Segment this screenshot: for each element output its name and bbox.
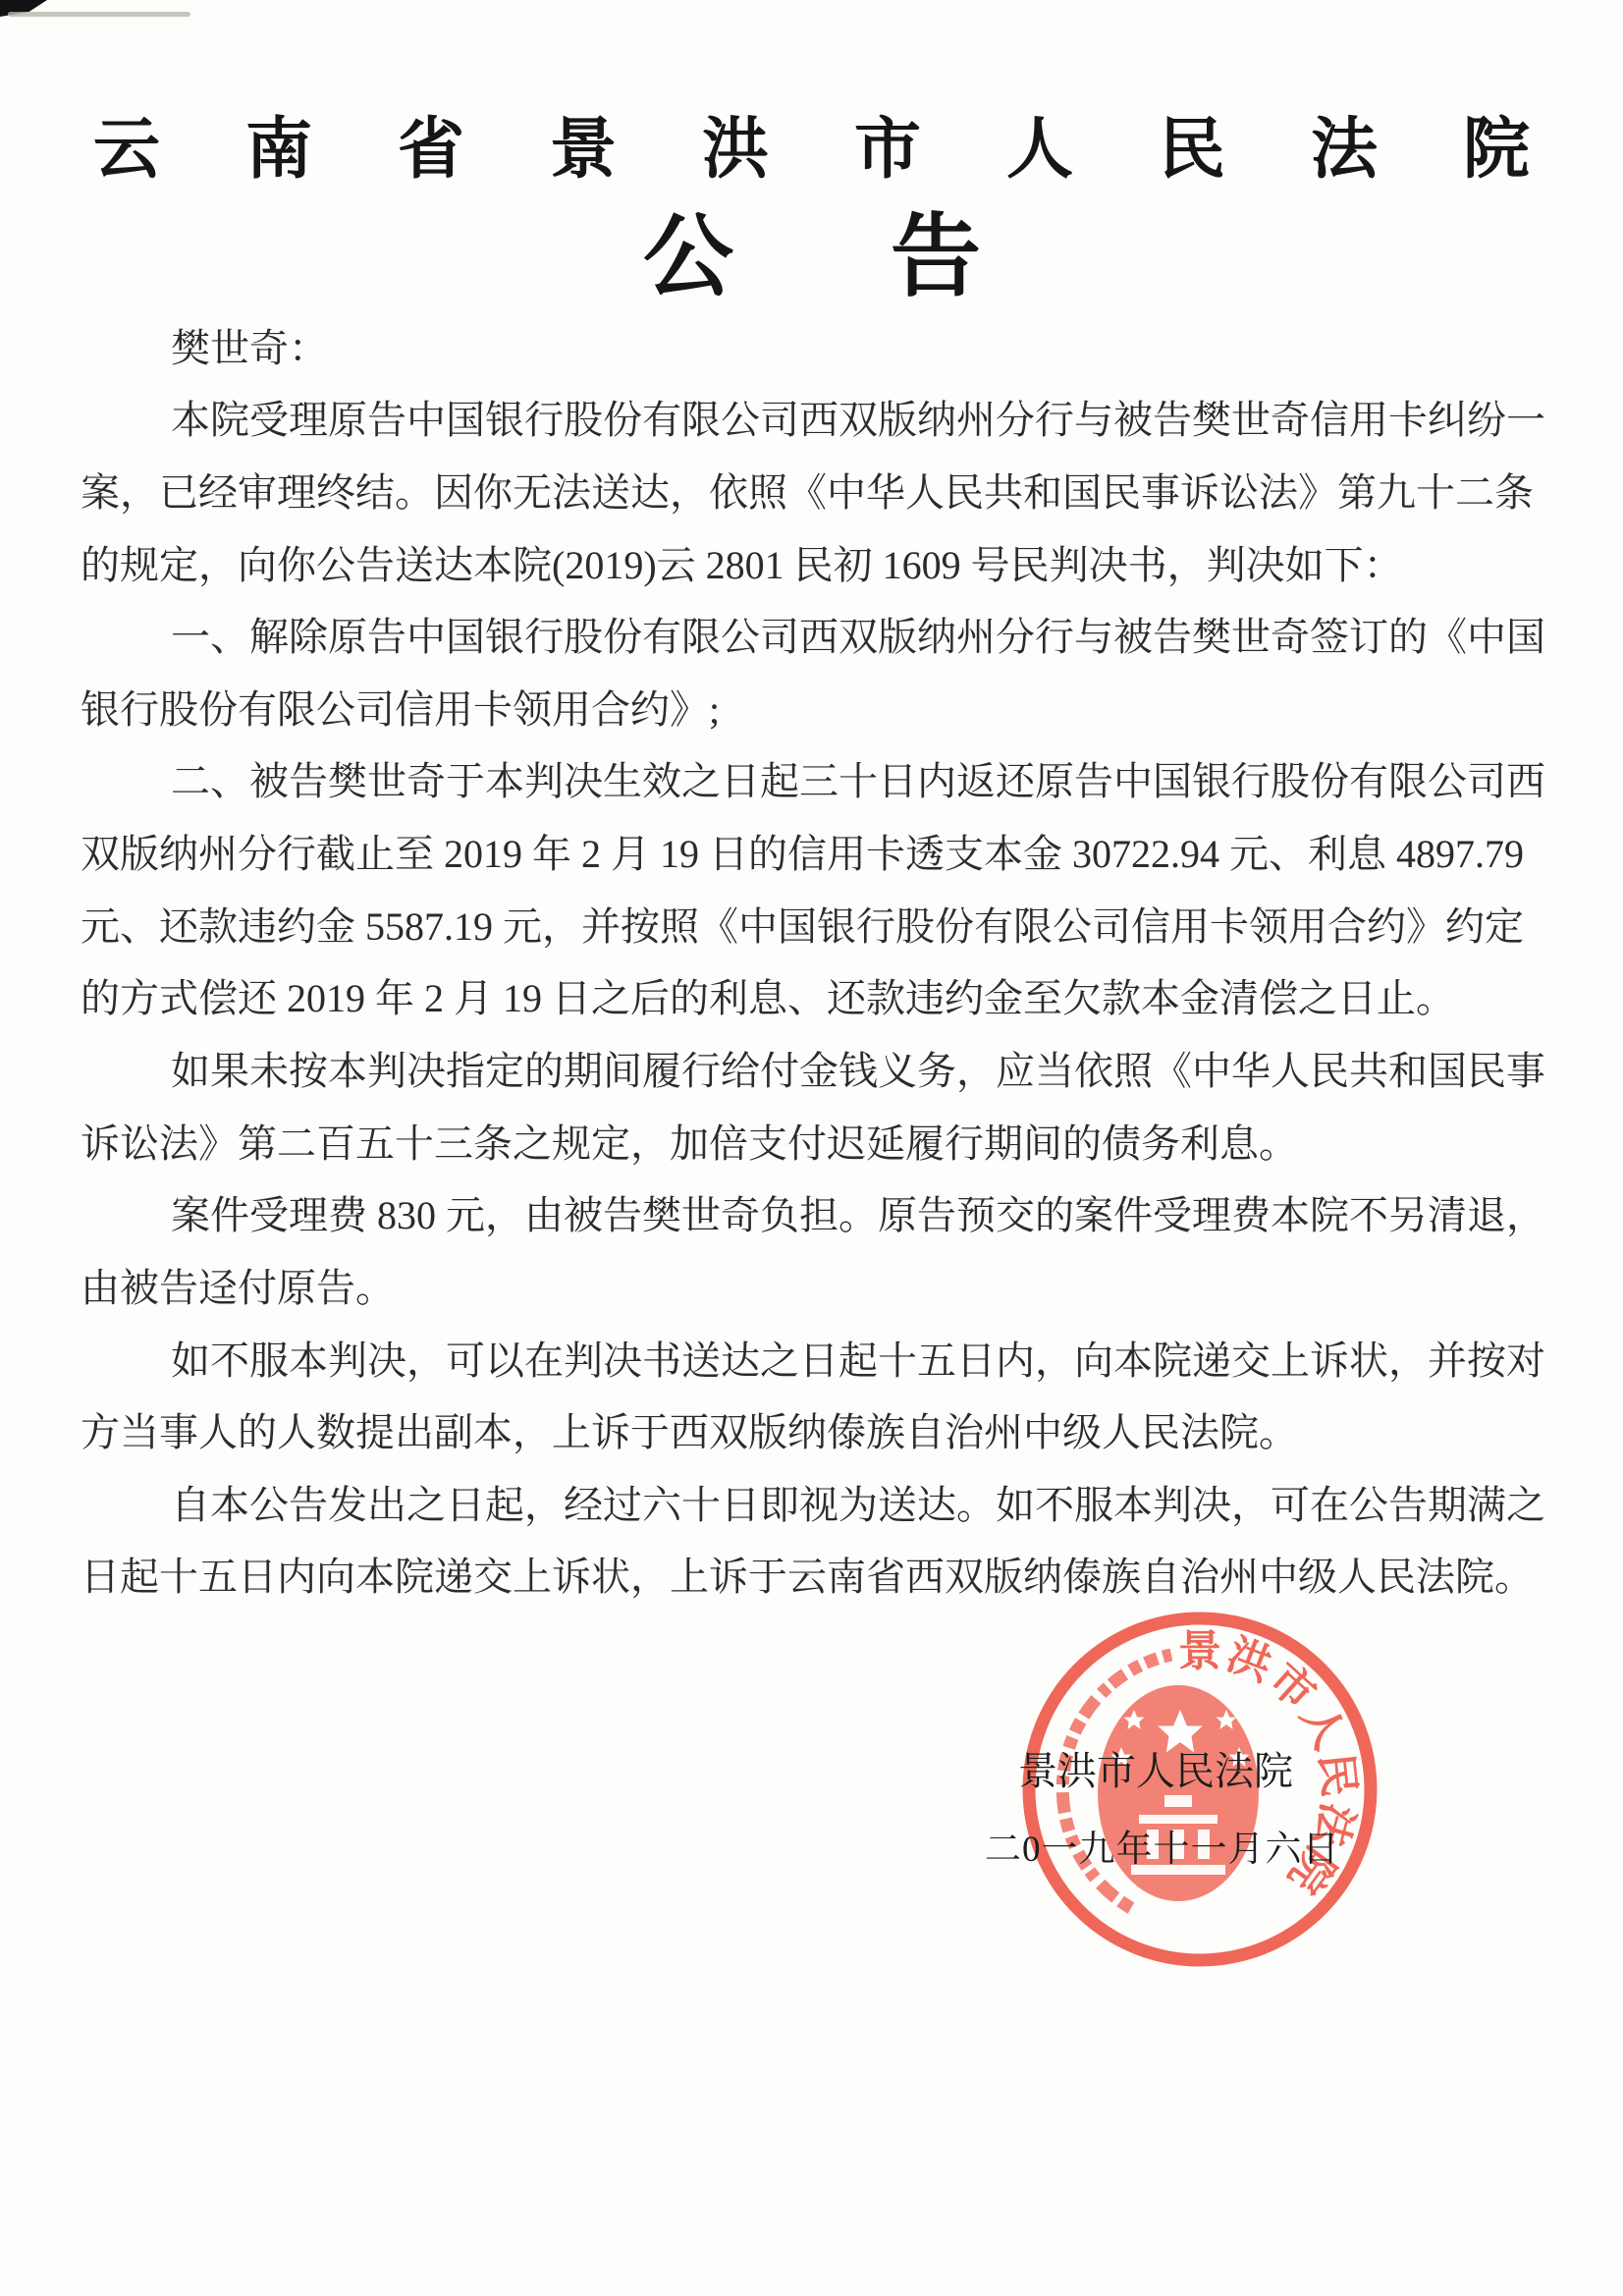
body-line: 的方式偿还 2019 年 2 月 19 日之后的利息、还款违约金至欠款本金清偿之… (81, 972, 1583, 1025)
body-line: 的规定，向你公告送达本院(2019)云 2801 民初 1609 号民判决书，判… (81, 539, 1583, 592)
body-line: 如不服本判决，可以在判决书送达之日起十五日内，向本院递交上诉状，并按对 (81, 1335, 1623, 1388)
body-line: 由被告迳付原告。 (81, 1262, 1583, 1315)
page-title: 公告 (643, 185, 1138, 314)
body-line: 一、解除原告中国银行股份有限公司西双版纳州分行与被告樊世奇签订的《中国 (81, 611, 1623, 664)
seal-court-name: 景洪市人民法院 (1018, 1740, 1293, 1796)
body-line: 本院受理原告中国银行股份有限公司西双版纳州分行与被告樊世奇信用卡纠纷一 (81, 394, 1623, 447)
body-line: 自本公告发出之日起，经过六十日即视为送达。如不服本判决，可在公告期满之 (81, 1479, 1623, 1532)
scanner-artifact-streak (8, 12, 190, 17)
body-line: 方当事人的人数提出副本，上诉于西双版纳傣族自治州中级人民法院。 (81, 1406, 1583, 1459)
body-line: 元、还款违约金 5587.19 元，并按照《中国银行股份有限公司信用卡领用合约》… (81, 901, 1583, 954)
seal-date: 二0一九年十一月六日 (985, 1819, 1340, 1872)
court-name-header: 云南省景洪市人民法院 (93, 96, 1615, 191)
body-line: 如果未按本判决指定的期间履行给付金钱义务，应当依照《中华人民共和国民事 (81, 1045, 1623, 1098)
salutation: 樊世奇： (81, 322, 1623, 375)
seal-arc-char: 民 (1311, 1751, 1363, 1799)
body-line: 二、被告樊世奇于本判决生效之日起三十日内返还原告中国银行股份有限公司西 (81, 755, 1623, 808)
body-line: 案，已经审理终结。因你无法送达，依照《中华人民共和国民事诉讼法》第九十二条 (81, 466, 1583, 519)
body-line: 银行股份有限公司信用卡领用合约》; (81, 683, 1583, 737)
body-line: 诉讼法》第二百五十三条之规定，加倍支付迟延履行期间的债务利息。 (81, 1118, 1583, 1171)
body-line: 双版纳州分行截止至 2019 年 2 月 19 日的信用卡透支本金 30722.… (81, 828, 1583, 881)
court-announcement-page: 云南省景洪市人民法院 公告 樊世奇： 本院受理原告中国银行股份有限公司西双版纳州… (0, 0, 1623, 2296)
seal-arc-char: 景 (1178, 1627, 1221, 1675)
body-line: 案件受理费 830 元，由被告樊世奇负担。原告预交的案件受理费本院不另清退， (81, 1189, 1623, 1242)
